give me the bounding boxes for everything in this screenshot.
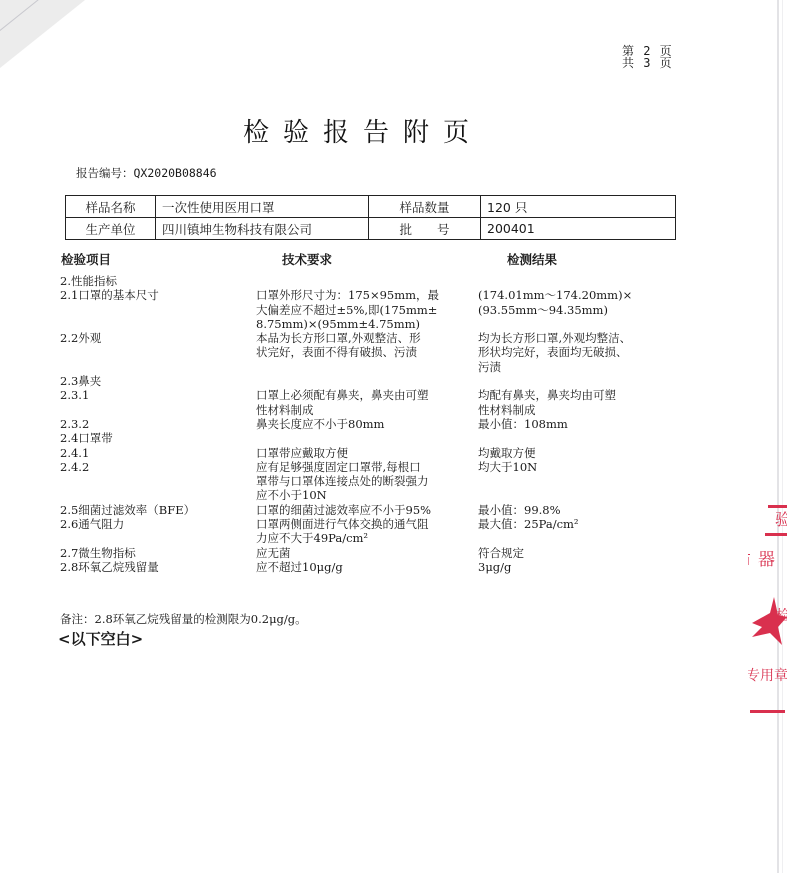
test-row: 2.3.1 口罩上必须配有鼻夹，鼻夹由可塑 性材料制成 均配有鼻夹，鼻夹均由可塑… (60, 388, 700, 417)
sample-info-table: 样品名称 一次性使用医用口罩 样品数量 120 只 生产单位 四川镇坤生物科技有… (65, 195, 676, 240)
total-pages-label: 共 3 页 (622, 57, 673, 69)
test-row: 2.4口罩带 (60, 431, 700, 445)
test-requirement: 本品为长方形口罩,外观整洁、形 状完好，表面不得有破损、污渍 (256, 331, 462, 374)
test-requirement: 口罩两侧面进行气体交换的通气阻 力应不大于49Pa/cm² (256, 517, 462, 546)
test-item: 2.4.1 (60, 446, 256, 460)
test-row: 2.7微生物指标 应无菌 符合规定 (60, 546, 700, 560)
test-item: 2.2外观 (60, 331, 256, 374)
test-item: 2.1口罩的基本尺寸 (60, 288, 256, 331)
test-row: 2.1口罩的基本尺寸 口罩外形尺寸为：175×95mm，最 大偏差应不超过±5%… (60, 288, 700, 331)
test-row: 2.4.1 口罩带应戴取方便 均戴取方便 (60, 446, 700, 460)
test-requirement: 口罩的细菌过滤效率应不小于95% (256, 503, 462, 517)
test-requirement: 口罩带应戴取方便 (256, 446, 462, 460)
test-item: 2.5细菌过滤效率（BFE） (60, 503, 256, 517)
test-row: 2.3鼻夹 (60, 374, 700, 388)
manufacturer-value: 四川镇坤生物科技有限公司 (156, 218, 369, 240)
test-result: 均为长方形口罩,外观均整洁、 形状均完好，表面均无破损、 污渍 (462, 331, 678, 374)
test-requirement (256, 274, 462, 288)
test-result: 最大值：25Pa/cm² (462, 517, 678, 546)
test-result: 3μg/g (462, 560, 678, 574)
red-seal-stamp: 器 ī 验 检 专用章 (748, 505, 787, 720)
test-items-list: 2.性能指标 2.1口罩的基本尺寸 口罩外形尺寸为：175×95mm，最 大偏差… (60, 274, 700, 574)
test-requirement: 口罩外形尺寸为：175×95mm，最 大偏差应不超过±5%,即(175mm± 8… (256, 288, 462, 331)
sample-name-label: 样品名称 (66, 196, 156, 218)
column-header-result: 检测结果 (507, 250, 557, 268)
test-row: 2.3.2 鼻夹长度应不小于80mm 最小值：108mm (60, 417, 700, 431)
test-row: 2.5细菌过滤效率（BFE） 口罩的细菌过滤效率应不小于95% 最小值：99.8… (60, 503, 700, 517)
test-item: 2.3.2 (60, 417, 256, 431)
test-requirement: 口罩上必须配有鼻夹，鼻夹由可塑 性材料制成 (256, 388, 462, 417)
test-result: 最小值：108mm (462, 417, 678, 431)
test-item: 2.4口罩带 (60, 431, 256, 445)
page-edge-shadow (782, 0, 783, 873)
test-row: 2.4.2 应有足够强度固定口罩带,每根口 罩带与口罩体连接点处的断裂强力 应不… (60, 460, 700, 503)
folded-corner (0, 0, 85, 68)
test-result (462, 374, 678, 388)
test-requirement (256, 431, 462, 445)
sample-name-value: 一次性使用医用口罩 (156, 196, 369, 218)
svg-text:器: 器 (758, 550, 775, 570)
test-result: (174.01mm～174.20mm)× (93.55mm～94.35mm) (462, 288, 678, 331)
table-row: 生产单位 四川镇坤生物科技有限公司 批 号 200401 (66, 218, 676, 240)
test-row: 2.8环氧乙烷残留量 应不超过10μg/g 3μg/g (60, 560, 700, 574)
test-item: 2.8环氧乙烷残留量 (60, 560, 256, 574)
test-result (462, 431, 678, 445)
report-number: 报告编号：QX2020B08846 (76, 165, 217, 181)
test-result: 符合规定 (462, 546, 678, 560)
sample-quantity-value: 120 只 (481, 196, 676, 218)
test-item: 2.性能指标 (60, 274, 256, 288)
test-result: 均戴取方便 (462, 446, 678, 460)
page-edge (777, 0, 779, 873)
test-item: 2.3.1 (60, 388, 256, 417)
test-item: 2.3鼻夹 (60, 374, 256, 388)
svg-text:检: 检 (776, 607, 787, 624)
remark-note: 备注：2.8环氧乙烷残留量的检测限为0.2μg/g。 (60, 611, 307, 627)
batch-number-value: 200401 (481, 218, 676, 240)
test-result: 均大于10N (462, 460, 678, 503)
test-requirement (256, 374, 462, 388)
test-requirement: 应无菌 (256, 546, 462, 560)
column-header-item: 检验项目 (61, 250, 111, 268)
test-row: 2.2外观 本品为长方形口罩,外观整洁、形 状完好，表面不得有破损、污渍 均为长… (60, 331, 700, 374)
seal-stamp-icon: 器 ī 验 检 专用章 (748, 505, 787, 720)
test-row: 2.6通气阻力 口罩两侧面进行气体交换的通气阻 力应不大于49Pa/cm² 最大… (60, 517, 700, 546)
batch-number-label: 批 号 (369, 218, 481, 240)
end-of-content-marker: <以下空白> (58, 628, 143, 649)
table-row: 样品名称 一次性使用医用口罩 样品数量 120 只 (66, 196, 676, 218)
test-row: 2.性能指标 (60, 274, 700, 288)
document-title: 检验报告附页 (243, 112, 483, 149)
test-item: 2.6通气阻力 (60, 517, 256, 546)
manufacturer-label: 生产单位 (66, 218, 156, 240)
column-header-requirement: 技术要求 (282, 250, 332, 268)
test-result: 均配有鼻夹，鼻夹均由可塑 性材料制成 (462, 388, 678, 417)
test-item: 2.4.2 (60, 460, 256, 503)
svg-text:ī: ī (748, 553, 750, 569)
test-requirement: 应不超过10μg/g (256, 560, 462, 574)
test-requirement: 应有足够强度固定口罩带,每根口 罩带与口罩体连接点处的断裂强力 应不小于10N (256, 460, 462, 503)
test-result (462, 274, 678, 288)
test-item: 2.7微生物指标 (60, 546, 256, 560)
svg-text:验: 验 (775, 510, 787, 529)
page-number: 第 2 页 共 3 页 (622, 45, 673, 69)
test-requirement: 鼻夹长度应不小于80mm (256, 417, 462, 431)
svg-text:专用章: 专用章 (748, 667, 787, 684)
sample-quantity-label: 样品数量 (369, 196, 481, 218)
test-result: 最小值：99.8% (462, 503, 678, 517)
